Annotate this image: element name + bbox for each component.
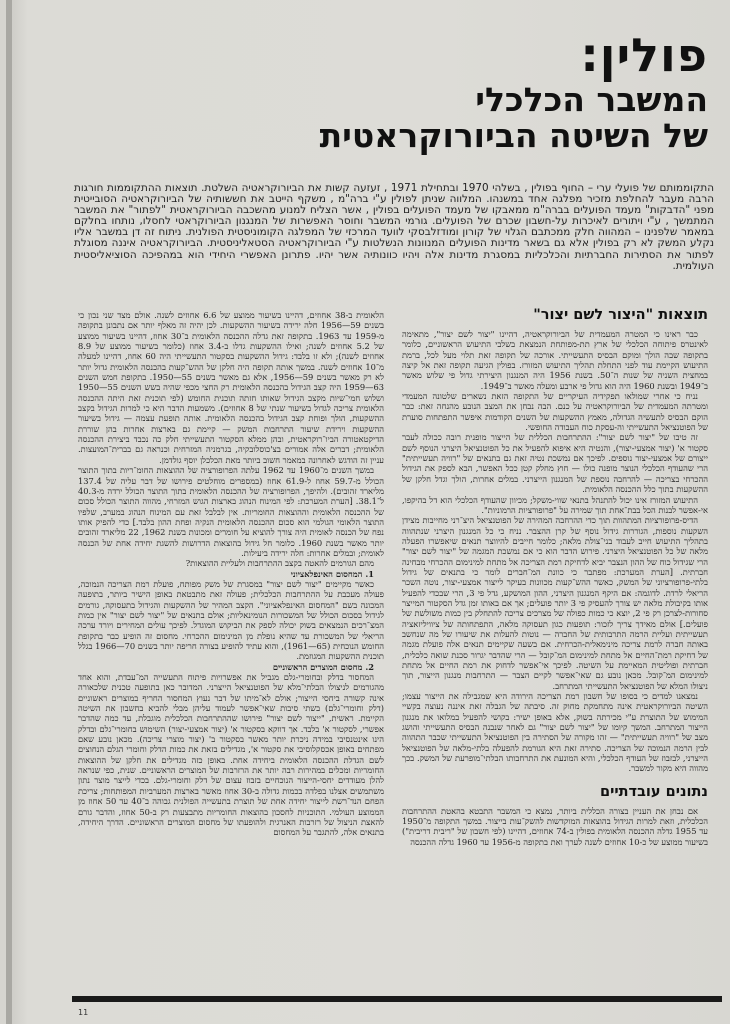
body-paragraph: הלאומית ב-38 אחוזים, דהיינו בשיעור ממוצע… [78,310,384,465]
title-line-3: של השיטה הביורוקראטית [148,118,708,154]
intro-paragraph: התקוממותם של פועלי ערי – החוף בפולין , ב… [74,183,714,272]
body-paragraph: זה טיבו של "יצור לשם יצור": ההתרחבות הכל… [402,432,708,494]
right-column: תוצאות "היצור לשם יצור" כבר ראינו כי המט… [402,305,708,847]
body-paragraph: כאשר מקיימים "יצור לשם יצור" במסגרת של מ… [78,579,384,662]
body-paragraph: אם נבחן את העניין בצורה הכללית ביותר, נמ… [402,806,708,847]
body-paragraph: נניח כי אחרי שמולאו תפקידיה העיקריים של … [402,391,708,432]
article-title: פולין: המשבר הכלכלי של השיטה הביורוקראטי… [148,32,708,154]
subheading-primary-goods-barrier: 2. מחסום המוצרים הראשוניים [78,662,384,672]
body-paragraph: הדיס-פרופורציות המתהוות תוך כדי ההרחבה ה… [402,515,708,691]
magazine-page: פולין: המשבר הכלכלי של השיטה הביורוקראטי… [6,0,730,1024]
left-column: הלאומית ב-38 אחוזים, דהיינו בשיעור ממוצע… [78,310,384,838]
section-heading-facts: נתונים עובדתיים [402,782,708,802]
body-paragraph: מהם הגורמים להאטה בקצב ההתרחבות ולעליית … [78,558,384,568]
section-heading-production: תוצאות "היצור לשם יצור" [402,305,708,325]
subheading-inflation-barrier: 1. המחסום האינפלאציוני [78,569,384,579]
page-edge [6,0,12,1024]
footer-rule [72,996,722,1002]
body-paragraph: במשך השנים מ־1960 עד 1962 עלתה הפרופורצי… [78,465,384,558]
title-line-2: המשבר הכלכלי [148,82,708,118]
body-paragraph: נמצאנו למדים כי בסופו של חשבון רמת הצריכ… [402,691,708,774]
body-paragraph: כבר ראינו כי המטרה המעמדית של הביורוקראט… [402,329,708,391]
page-number: 11 [78,1008,88,1017]
body-paragraph: המחסור בדלק ובחומרי-גלם מגביל את אפשרויו… [78,672,384,838]
body-paragraph: התיעוש המזורז אינו יכול להתנהל בתנאי שוו… [402,495,708,516]
title-line-1: פולין: [148,32,708,78]
